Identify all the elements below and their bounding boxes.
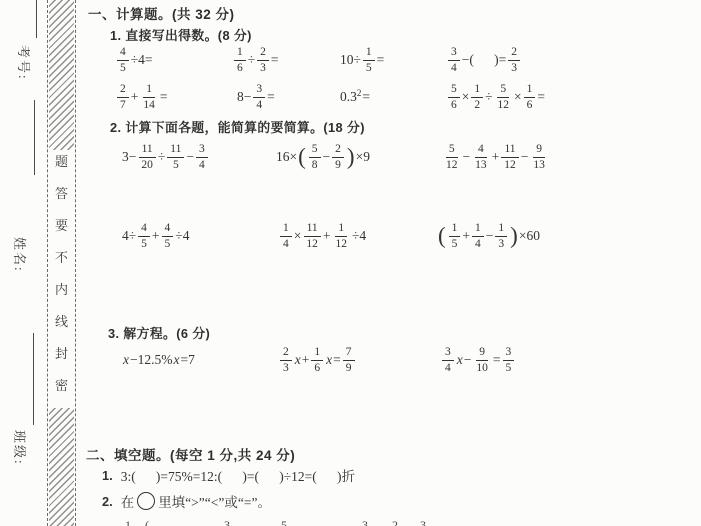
partial-next-row: 1(35323	[0, 518, 701, 526]
expression-q1r2c3: 0.32=	[340, 81, 370, 113]
q2-title: 2. 计算下面各题，能简算的要简算。(18 分)	[110, 117, 365, 136]
fill-blank-1: 1. 3:( )=75%=12:( )=( )÷12=( )折	[102, 465, 355, 485]
partial-glyph: 5	[281, 518, 287, 526]
circle-blank	[137, 492, 155, 510]
q1-title: 1. 直接写出得数。(8 分)	[110, 25, 252, 44]
expression-q1r1c3: 10÷15=	[340, 44, 384, 76]
seal-hatch-top	[49, 0, 74, 150]
exam-number-blank-line	[34, 100, 35, 175]
partial-glyph: 2	[392, 518, 398, 526]
expression-q2r1c1: 3−1120÷115−34	[122, 141, 210, 173]
seal-char: 题	[55, 155, 68, 168]
seal-char: 密	[55, 379, 68, 392]
expression-q2r2c3: (15+14−13)×60	[437, 220, 540, 252]
expression-q1r1c2: 16÷23=	[232, 44, 279, 76]
expression-q2r1c3: 512−413+1112−913	[441, 141, 550, 173]
fill-blank-1-number: 1.	[102, 468, 113, 483]
seal-char: 要	[55, 219, 68, 232]
section2-title: 二、填空题。(每空 1 分,共 24 分)	[86, 444, 295, 464]
partial-glyph: (	[145, 518, 149, 526]
expression-q2r1c2: 16×(58−29)×9	[276, 141, 370, 173]
expression-q1r2c1: 27+114=	[115, 81, 168, 113]
partial-glyph: 1	[125, 518, 131, 526]
fill-blank-2: 2. 在 里填“>”“<”或“=”。	[102, 491, 271, 511]
seal-char: 答	[55, 187, 68, 200]
seal-dashed-line-right	[75, 0, 76, 526]
equation-3: 34x−910=35	[440, 344, 516, 376]
seal-text: 题答要不内线封密	[48, 155, 75, 392]
exam-number-label: 考号:	[15, 45, 34, 81]
seal-hatch-bottom	[49, 408, 74, 526]
fill-blank-2-text-pre: 在	[121, 491, 135, 511]
seal-char: 线	[55, 315, 68, 328]
partial-glyph: 3	[362, 518, 368, 526]
partial-glyph: 3	[420, 518, 426, 526]
exam-paper: 考号: 姓名: 班级: 题答要不内线封密 一、计算题。(共 32 分) 1. 直…	[0, 0, 701, 526]
expression-q1r2c4: 56×12÷512×16=	[446, 81, 545, 113]
section1-title: 一、计算题。(共 32 分)	[88, 3, 235, 23]
equation-2: 23x+16x=79	[278, 344, 357, 376]
expression-q2r2c1: 4÷45+45÷4	[122, 220, 189, 252]
expression-q2r2c2: 14×1112+112÷4	[278, 220, 366, 252]
name-label: 姓名:	[11, 237, 30, 273]
expression-q1r1c4: 34−( )=23	[446, 44, 522, 76]
fill-blank-2-text-post: 里填“>”“<”或“=”。	[158, 491, 271, 511]
seal-char: 内	[55, 283, 68, 296]
fill-blank-2-number: 2.	[102, 494, 113, 509]
fill-blank-1-text: 3:( )=75%=12:( )=( )÷12=( )折	[121, 465, 355, 485]
expression-q1r1c1: 45÷4=	[115, 44, 153, 76]
seal-char: 封	[55, 347, 68, 360]
equation-1: x−12.5%x=7	[122, 344, 195, 376]
expression-q1r2c2: 8−34=	[237, 81, 275, 113]
q3-title: 3. 解方程。(6 分)	[108, 323, 210, 342]
seal-char: 不	[55, 251, 68, 264]
partial-glyph: 3	[224, 518, 230, 526]
class-label: 班级:	[11, 430, 30, 466]
margin-blank-line-top	[36, 0, 37, 38]
name-blank-line	[33, 333, 34, 425]
